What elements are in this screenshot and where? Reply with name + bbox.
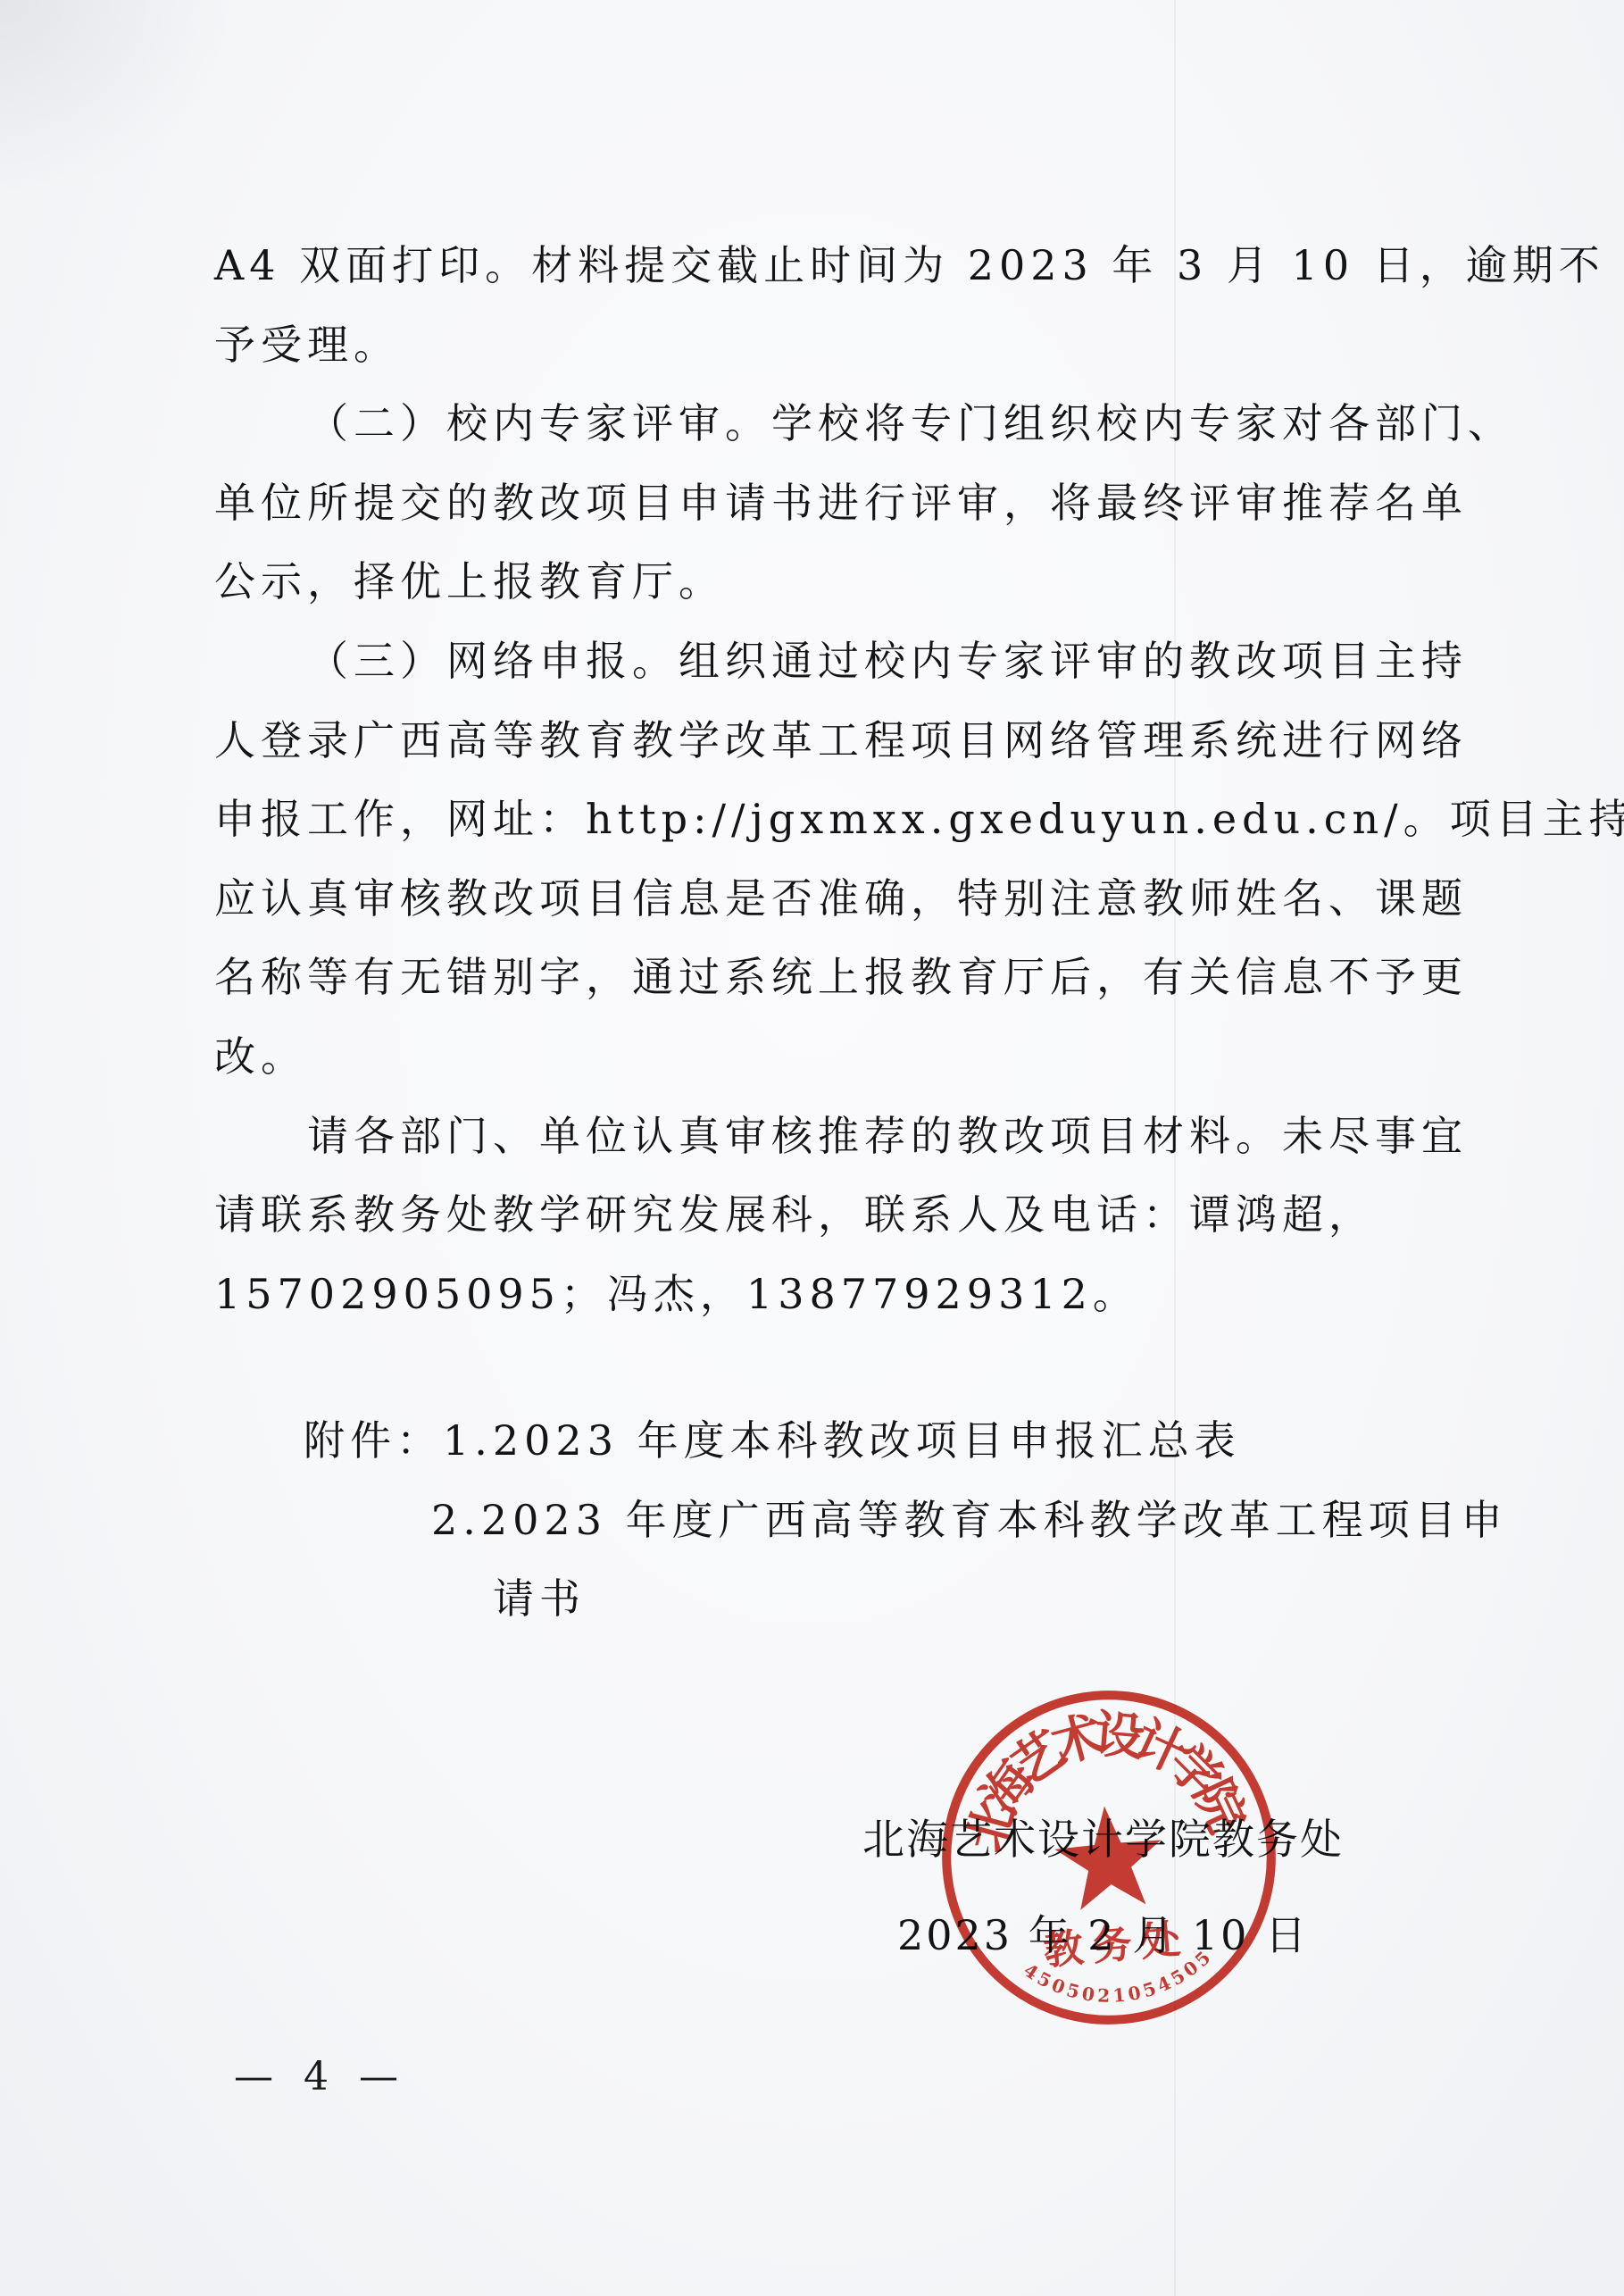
signature-date: 2023 年 2 月 10 日 [860, 1903, 1346, 1962]
signature-org: 北海艺术设计学院教务处 [860, 1807, 1346, 1866]
attachment-line: 附件：1.2023 年度本科教改项目申报汇总表 [304, 1418, 1508, 1498]
body-line: 名称等有无错别字，通过系统上报教育厅后，有关信息不予更 [214, 955, 1624, 1034]
body-line: 请各部门、单位认真审核推荐的教改项目材料。未尽事宜 [307, 1114, 1624, 1193]
signature-block: 北海艺术设计学院教务处 2023 年 2 月 10 日 [860, 1807, 1346, 1962]
document-page: A4 双面打印。材料提交截止时间为 2023 年 3 月 10 日，逾期不予受理… [0, 0, 1624, 2296]
body-line: 请联系教务处教学研究发展科，联系人及电话：谭鸿超， [214, 1192, 1624, 1272]
body-line: 应认真审核教改项目信息是否准确，特别注意教师姓名、课题 [214, 876, 1624, 956]
body-line: （二）校内专家评审。学校将专门组织校内专家对各部门、 [307, 401, 1624, 480]
attachment-list: 附件：1.2023 年度本科教改项目申报汇总表2.2023 年度广西高等教育本科… [214, 1418, 1508, 1656]
body-line: （三）网络申报。组织通过校内专家评审的教改项目主持 [307, 639, 1624, 718]
body-line: 公示，择优上报教育厅。 [214, 559, 1624, 639]
body-line: 申报工作，网址：http://jgxmxx.gxeduyun.edu.cn/。项… [214, 797, 1624, 876]
body-line: 改。 [214, 1034, 1624, 1114]
document-body: A4 双面打印。材料提交截止时间为 2023 年 3 月 10 日，逾期不予受理… [214, 243, 1624, 1350]
body-line: A4 双面打印。材料提交截止时间为 2023 年 3 月 10 日，逾期不 [214, 243, 1624, 322]
attachment-line: 请书 [493, 1576, 1508, 1656]
body-line: 15702905095；冯杰，13877929312。 [214, 1272, 1624, 1351]
seal-ring-char: 计 [1125, 1710, 1195, 1785]
page-number: — 4 — [234, 2054, 407, 2100]
seal-ring-char: 设 [1092, 1705, 1148, 1768]
attachment-line: 2.2023 年度广西高等教育本科教学改革工程项目申 [431, 1498, 1508, 1577]
body-line: 予受理。 [214, 322, 1624, 402]
seal-ring-char: 艺 [1002, 1719, 1077, 1797]
body-line: 单位所提交的教改项目申请书进行评审，将最终评审推荐名单 [214, 480, 1624, 560]
seal-ring-char: 术 [1045, 1705, 1110, 1775]
seal-ring-char: 学 [1156, 1732, 1234, 1810]
body-line: 人登录广西高等教育教学改革工程项目网络管理系统进行网络 [214, 718, 1624, 797]
scan-corner-shade [0, 0, 232, 196]
